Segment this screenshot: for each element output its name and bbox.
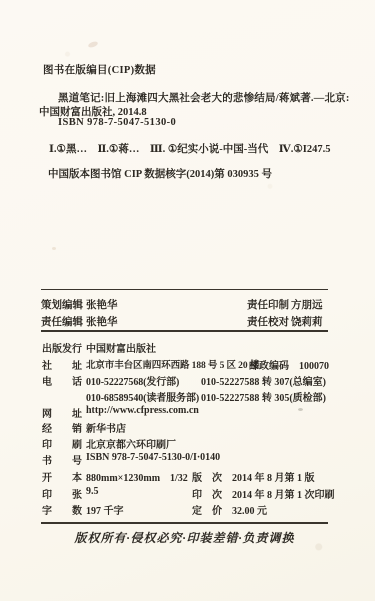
scan-smudge bbox=[298, 408, 303, 411]
row-value: 9.5 bbox=[86, 486, 99, 497]
row-value-2: 010-52227588 转 305(质检部) bbox=[201, 389, 326, 404]
row-value-2: 010-52227588 转 307(总编室) bbox=[201, 373, 326, 388]
divider-middle bbox=[41, 330, 328, 332]
divider-bottom bbox=[41, 522, 328, 524]
row-value-2: 2014 年 8 月第 1 版 bbox=[232, 469, 315, 484]
row-value: ISBN 978-7-5047-5130-0/I·0140 bbox=[86, 452, 220, 463]
row-value-2: 32.00 元 bbox=[232, 502, 267, 517]
divider-top bbox=[41, 289, 328, 290]
website-url: http://www.cfpress.com.cn bbox=[86, 405, 199, 416]
row-value: 010-52227568(发行部) bbox=[86, 373, 179, 388]
cip-isbn: ISBN 978-7-5047-5130-0 bbox=[58, 117, 176, 128]
scan-smudge bbox=[52, 247, 56, 250]
copyright-notice: 版权所有·侵权必究·印装差错·负责调换 bbox=[41, 529, 328, 546]
planning-editor-label: 策划编辑 bbox=[41, 297, 83, 312]
row-label-2: 版 次 bbox=[192, 469, 222, 484]
row-value: 新华书店 bbox=[86, 420, 126, 435]
print-supervisor-label: 责任印制 bbox=[247, 297, 289, 312]
row-value: 197 千字 bbox=[86, 502, 124, 517]
planning-editor-name: 张艳华 bbox=[86, 297, 118, 312]
cip-record-number: 中国版本图书馆 CIP 数据核字(2014)第 030935 号 bbox=[48, 166, 272, 181]
row-label: 印 张 bbox=[42, 486, 82, 501]
cip-title-line: 黑道笔记:旧上海滩四大黑社会老大的悲惨结局/蒋斌著.—北京: bbox=[58, 90, 350, 105]
row-label: 出版发行 bbox=[42, 340, 82, 355]
row-label: 电 话 bbox=[42, 373, 82, 388]
row-label: 开 本 bbox=[42, 469, 82, 484]
scan-smudge bbox=[87, 40, 98, 48]
row-value: 北京市丰台区南四环西路 188 号 5 区 20 楼 bbox=[86, 357, 259, 371]
responsible-editor-name: 张艳华 bbox=[86, 314, 118, 329]
cip-header: 图书在版编目(CIP)数据 bbox=[43, 62, 156, 77]
row-label-2: 印 次 bbox=[192, 486, 222, 501]
row-label: 书 号 bbox=[42, 452, 82, 467]
row-value: 中国财富出版社 bbox=[86, 340, 156, 355]
row-label: 社 址 bbox=[42, 357, 82, 372]
row-label: 网 址 bbox=[42, 405, 82, 420]
print-supervisor-name: 方朋远 bbox=[291, 297, 323, 312]
copyright-page: 图书在版编目(CIP)数据 黑道笔记:旧上海滩四大黑社会老大的悲惨结局/蒋斌著.… bbox=[0, 0, 375, 601]
row-label: 字 数 bbox=[42, 502, 82, 517]
row-label-2: 定 价 bbox=[192, 502, 222, 517]
row-value: 北京京都六环印刷厂 bbox=[86, 436, 176, 451]
postal-code: 邮政编码 100070 bbox=[249, 357, 329, 372]
row-label: 印 刷 bbox=[42, 436, 82, 451]
row-label: 经 销 bbox=[42, 420, 82, 435]
proofreader-label: 责任校对 bbox=[247, 314, 289, 329]
cip-classification: Ⅰ.①黑… Ⅱ.①蒋… Ⅲ. ①纪实小说-中国-当代 Ⅳ.①I247.5 bbox=[49, 141, 330, 156]
row-value: 010-68589540(读者服务部) bbox=[86, 389, 199, 404]
proofreader-name: 饶莉莉 bbox=[291, 314, 323, 329]
row-value-2: 2014 年 8 月第 1 次印刷 bbox=[232, 486, 335, 501]
responsible-editor-label: 责任编辑 bbox=[41, 314, 83, 329]
row-value: 880mm×1230mm 1/32 bbox=[86, 469, 188, 484]
